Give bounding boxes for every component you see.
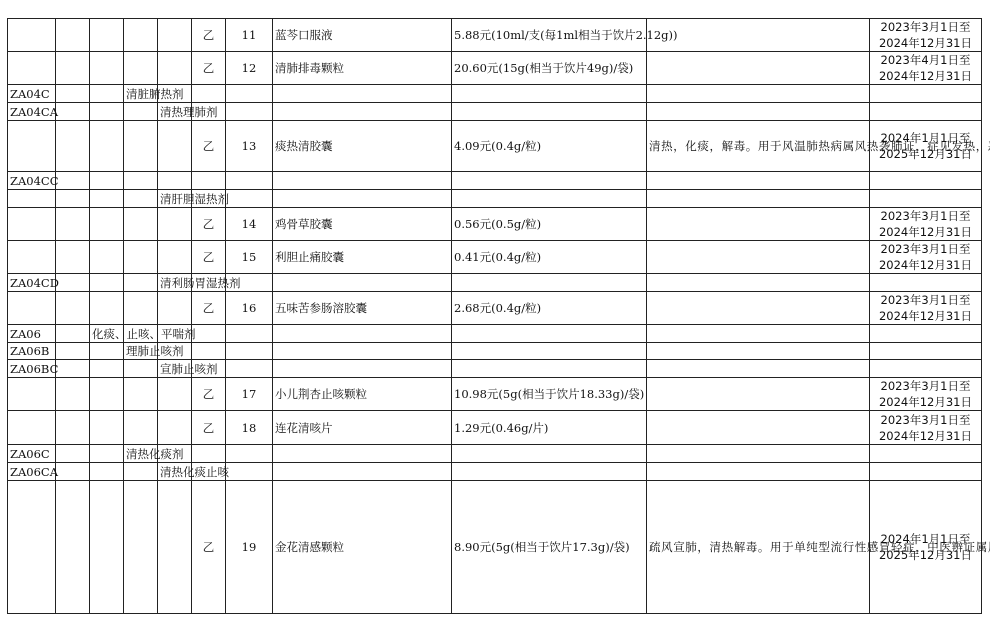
empty-cell	[226, 85, 273, 103]
level-2-cell	[90, 411, 124, 445]
empty-cell	[452, 343, 647, 360]
level-3-cell	[124, 481, 158, 614]
empty-cell	[870, 445, 982, 463]
empty-cell	[56, 190, 90, 208]
number-cell: 13	[226, 121, 273, 172]
category-label: 清肝胆湿热剂	[160, 191, 229, 207]
empty-cell	[226, 172, 273, 190]
validity-start: 2024年1月1日至	[872, 531, 979, 547]
code-cell	[8, 241, 56, 274]
empty-cell	[124, 463, 158, 481]
empty-cell	[124, 190, 158, 208]
drug-name-cell: 五味苦参肠溶胶囊	[273, 292, 452, 325]
validity-end: 2024年12月31日	[872, 428, 979, 444]
remark-cell	[647, 19, 870, 52]
category-code-cell: ZA04CC	[8, 172, 56, 190]
category-row: 清肝胆湿热剂	[8, 190, 982, 208]
level-1-cell	[56, 292, 90, 325]
category-row: ZA04CD清利肠胃湿热剂	[8, 274, 982, 292]
level-2-cell	[90, 292, 124, 325]
empty-cell	[273, 190, 452, 208]
grade-cell: 乙	[192, 19, 226, 52]
price-cell: 10.98元(5g(相当于饮片18.33g)/袋)	[452, 378, 647, 411]
level-4-cell	[158, 19, 192, 52]
category-label: 清利肠胃湿热剂	[160, 275, 241, 291]
remark-cell	[647, 52, 870, 85]
empty-cell	[452, 103, 647, 121]
level-4-cell	[158, 208, 192, 241]
validity-end: 2025年12月31日	[872, 146, 979, 162]
empty-cell	[273, 172, 452, 190]
empty-cell	[870, 85, 982, 103]
empty-cell	[90, 85, 124, 103]
remark-cell: 清热，化痰，解毒。用于风温肺热病属风热袭肺证，症见发热，恶风，咳嗽，咯痰，或咽痛…	[647, 121, 870, 172]
level-3-cell	[124, 52, 158, 85]
price-cell: 0.41元(0.4g/粒)	[452, 241, 647, 274]
empty-cell	[870, 463, 982, 481]
validity-end: 2024年12月31日	[872, 308, 979, 324]
level-1-cell	[56, 481, 90, 614]
code-cell	[8, 19, 56, 52]
empty-cell	[647, 463, 870, 481]
category-label-cell: 化痰、止咳、平喘剂	[90, 325, 124, 343]
category-row: ZA06CA清热化痰止咳	[8, 463, 982, 481]
category-label-cell: 清利肠胃湿热剂	[158, 274, 192, 292]
empty-cell	[647, 85, 870, 103]
category-label: 清热化痰剂	[126, 446, 184, 462]
category-label: 理肺止咳剂	[126, 343, 184, 359]
empty-cell	[192, 172, 226, 190]
validity-start: 2023年3月1日至	[872, 208, 979, 224]
empty-cell	[870, 325, 982, 343]
grade-cell: 乙	[192, 481, 226, 614]
level-1-cell	[56, 411, 90, 445]
grade-cell: 乙	[192, 292, 226, 325]
level-4-cell	[158, 411, 192, 445]
category-row: ZA04CC	[8, 172, 982, 190]
level-1-cell	[56, 208, 90, 241]
empty-cell	[273, 343, 452, 360]
level-3-cell	[124, 19, 158, 52]
category-label: 清脏腑热剂	[126, 86, 184, 102]
validity-cell: 2023年3月1日至2024年12月31日	[870, 411, 982, 445]
empty-cell	[90, 274, 124, 292]
level-3-cell	[124, 208, 158, 241]
validity-start: 2023年3月1日至	[872, 292, 979, 308]
empty-cell	[56, 274, 90, 292]
empty-cell	[226, 463, 273, 481]
empty-cell	[452, 463, 647, 481]
drug-name-cell: 清肺排毒颗粒	[273, 52, 452, 85]
drug-name-cell: 蓝芩口服液	[273, 19, 452, 52]
level-1-cell	[56, 52, 90, 85]
empty-cell	[158, 172, 192, 190]
validity-cell: 2023年3月1日至2024年12月31日	[870, 208, 982, 241]
category-label-cell: 清肝胆湿热剂	[158, 190, 192, 208]
empty-cell	[56, 463, 90, 481]
empty-cell	[226, 190, 273, 208]
category-label-cell: 清热化痰剂	[124, 445, 158, 463]
drug-name-cell: 连花清咳片	[273, 411, 452, 445]
empty-cell	[870, 172, 982, 190]
empty-cell	[452, 274, 647, 292]
drug-row: 乙13痰热清胶囊4.09元(0.4g/粒)清热，化痰，解毒。用于风温肺热病属风热…	[8, 121, 982, 172]
category-label: 清热理肺剂	[160, 104, 218, 120]
drug-name-cell: 鸡骨草胶囊	[273, 208, 452, 241]
empty-cell	[90, 172, 124, 190]
empty-cell	[90, 463, 124, 481]
grade-cell: 乙	[192, 121, 226, 172]
category-code-cell: ZA06C	[8, 445, 56, 463]
empty-cell	[192, 445, 226, 463]
number-cell: 18	[226, 411, 273, 445]
level-1-cell	[56, 378, 90, 411]
drug-row: 乙11蓝芩口服液5.88元(10ml/支(每1ml相当于饮片2.12g))202…	[8, 19, 982, 52]
validity-cell: 2024年1月1日至2025年12月31日	[870, 121, 982, 172]
level-2-cell	[90, 19, 124, 52]
table-body: 乙11蓝芩口服液5.88元(10ml/支(每1ml相当于饮片2.12g))202…	[8, 19, 982, 614]
validity-start: 2023年3月1日至	[872, 241, 979, 257]
remark-cell	[647, 411, 870, 445]
number-cell: 14	[226, 208, 273, 241]
number-cell: 11	[226, 19, 273, 52]
empty-cell	[870, 360, 982, 378]
category-code-cell: ZA06B	[8, 343, 56, 360]
level-2-cell	[90, 378, 124, 411]
level-2-cell	[90, 208, 124, 241]
empty-cell	[647, 274, 870, 292]
empty-cell	[90, 360, 124, 378]
empty-cell	[56, 325, 90, 343]
level-3-cell	[124, 378, 158, 411]
price-cell: 1.29元(0.46g/片)	[452, 411, 647, 445]
empty-cell	[124, 172, 158, 190]
price-cell: 4.09元(0.4g/粒)	[452, 121, 647, 172]
category-code-cell: ZA04CA	[8, 103, 56, 121]
empty-cell	[273, 325, 452, 343]
category-label-cell: 清脏腑热剂	[124, 85, 158, 103]
empty-cell	[452, 325, 647, 343]
empty-cell	[124, 274, 158, 292]
empty-cell	[273, 463, 452, 481]
category-code-cell: ZA06	[8, 325, 56, 343]
price-cell: 0.56元(0.5g/粒)	[452, 208, 647, 241]
empty-cell	[870, 103, 982, 121]
level-1-cell	[56, 241, 90, 274]
empty-cell	[124, 103, 158, 121]
empty-cell	[226, 360, 273, 378]
drug-name-cell: 金花清感颗粒	[273, 481, 452, 614]
grade-cell: 乙	[192, 411, 226, 445]
category-label-cell: 清热理肺剂	[158, 103, 192, 121]
remark-cell	[647, 378, 870, 411]
validity-end: 2024年12月31日	[872, 257, 979, 273]
validity-end: 2024年12月31日	[872, 394, 979, 410]
level-4-cell	[158, 292, 192, 325]
empty-cell	[870, 343, 982, 360]
code-cell	[8, 292, 56, 325]
empty-cell	[226, 445, 273, 463]
empty-cell	[90, 103, 124, 121]
empty-cell	[56, 103, 90, 121]
empty-cell	[647, 343, 870, 360]
empty-cell	[273, 103, 452, 121]
validity-start: 2023年3月1日至	[872, 19, 979, 35]
empty-cell	[647, 445, 870, 463]
drug-row: 乙14鸡骨草胶囊0.56元(0.5g/粒)2023年3月1日至2024年12月3…	[8, 208, 982, 241]
code-cell	[8, 208, 56, 241]
drug-row: 乙16五味苦参肠溶胶囊2.68元(0.4g/粒)2023年3月1日至2024年1…	[8, 292, 982, 325]
level-2-cell	[90, 121, 124, 172]
category-label: 化痰、止咳、平喘剂	[92, 326, 196, 342]
drug-catalog-table: 乙11蓝芩口服液5.88元(10ml/支(每1ml相当于饮片2.12g))202…	[7, 18, 982, 614]
number-cell: 16	[226, 292, 273, 325]
validity-start: 2023年4月1日至	[872, 52, 979, 68]
validity-end: 2024年12月31日	[872, 68, 979, 84]
price-cell: 5.88元(10ml/支(每1ml相当于饮片2.12g))	[452, 19, 647, 52]
empty-cell	[192, 343, 226, 360]
category-label-cell: 宣肺止咳剂	[158, 360, 192, 378]
drug-name-cell: 小儿荆杏止咳颗粒	[273, 378, 452, 411]
validity-start: 2023年3月1日至	[872, 378, 979, 394]
validity-end: 2025年12月31日	[872, 547, 979, 563]
category-code-cell	[8, 190, 56, 208]
empty-cell	[452, 360, 647, 378]
level-4-cell	[158, 481, 192, 614]
empty-cell	[452, 172, 647, 190]
drug-row: 乙18连花清咳片1.29元(0.46g/片)2023年3月1日至2024年12月…	[8, 411, 982, 445]
drug-row: 乙15利胆止痛胶囊0.41元(0.4g/粒)2023年3月1日至2024年12月…	[8, 241, 982, 274]
category-code-cell: ZA06CA	[8, 463, 56, 481]
code-cell	[8, 52, 56, 85]
validity-cell: 2023年3月1日至2024年12月31日	[870, 378, 982, 411]
empty-cell	[192, 85, 226, 103]
grade-cell: 乙	[192, 208, 226, 241]
validity-end: 2024年12月31日	[872, 35, 979, 51]
level-4-cell	[158, 52, 192, 85]
empty-cell	[56, 85, 90, 103]
remark-cell	[647, 241, 870, 274]
category-row: ZA06BC宣肺止咳剂	[8, 360, 982, 378]
empty-cell	[452, 190, 647, 208]
validity-end: 2024年12月31日	[872, 224, 979, 240]
empty-cell	[870, 190, 982, 208]
empty-cell	[273, 85, 452, 103]
price-cell: 2.68元(0.4g/粒)	[452, 292, 647, 325]
empty-cell	[90, 190, 124, 208]
category-code-cell: ZA04CD	[8, 274, 56, 292]
empty-cell	[56, 343, 90, 360]
empty-cell	[647, 103, 870, 121]
category-code-cell: ZA04C	[8, 85, 56, 103]
validity-cell: 2023年3月1日至2024年12月31日	[870, 292, 982, 325]
code-cell	[8, 411, 56, 445]
validity-cell: 2023年4月1日至2024年12月31日	[870, 52, 982, 85]
grade-cell: 乙	[192, 241, 226, 274]
category-label: 清热化痰止咳	[160, 464, 229, 480]
level-1-cell	[56, 19, 90, 52]
level-3-cell	[124, 292, 158, 325]
validity-cell: 2023年3月1日至2024年12月31日	[870, 19, 982, 52]
empty-cell	[124, 360, 158, 378]
grade-cell: 乙	[192, 378, 226, 411]
code-cell	[8, 481, 56, 614]
remark-cell	[647, 292, 870, 325]
validity-start: 2023年3月1日至	[872, 412, 979, 428]
drug-name-cell: 痰热清胶囊	[273, 121, 452, 172]
level-4-cell	[158, 121, 192, 172]
drug-row: 乙17小儿荆杏止咳颗粒10.98元(5g(相当于饮片18.33g)/袋)2023…	[8, 378, 982, 411]
empty-cell	[452, 445, 647, 463]
level-3-cell	[124, 411, 158, 445]
empty-cell	[452, 85, 647, 103]
category-row: ZA06C清热化痰剂	[8, 445, 982, 463]
empty-cell	[56, 172, 90, 190]
code-cell	[8, 121, 56, 172]
price-cell: 20.60元(15g(相当于饮片49g)/袋)	[452, 52, 647, 85]
empty-cell	[226, 343, 273, 360]
empty-cell	[647, 325, 870, 343]
empty-cell	[56, 445, 90, 463]
empty-cell	[273, 445, 452, 463]
remark-cell: 疏风宣肺，清热解毒。用于单纯型流行性感冒轻症，中医辨证属风热犯肺证者，症见发热，…	[647, 481, 870, 614]
level-3-cell	[124, 241, 158, 274]
validity-start: 2024年1月1日至	[872, 130, 979, 146]
drug-row: 乙19金花清感颗粒8.90元(5g(相当于饮片17.3g)/袋)疏风宣肺，清热解…	[8, 481, 982, 614]
category-row: ZA06B理肺止咳剂	[8, 343, 982, 360]
level-4-cell	[158, 241, 192, 274]
category-label-cell: 清热化痰止咳	[158, 463, 192, 481]
empty-cell	[56, 360, 90, 378]
empty-cell	[273, 274, 452, 292]
level-4-cell	[158, 378, 192, 411]
empty-cell	[226, 103, 273, 121]
level-3-cell	[124, 121, 158, 172]
level-2-cell	[90, 481, 124, 614]
level-1-cell	[56, 121, 90, 172]
empty-cell	[870, 274, 982, 292]
remark-cell	[647, 208, 870, 241]
empty-cell	[226, 325, 273, 343]
category-row: ZA06化痰、止咳、平喘剂	[8, 325, 982, 343]
category-label: 宣肺止咳剂	[160, 361, 218, 377]
empty-cell	[647, 190, 870, 208]
empty-cell	[273, 360, 452, 378]
price-cell: 8.90元(5g(相当于饮片17.3g)/袋)	[452, 481, 647, 614]
category-row: ZA04CA清热理肺剂	[8, 103, 982, 121]
validity-cell: 2023年3月1日至2024年12月31日	[870, 241, 982, 274]
code-cell	[8, 378, 56, 411]
category-row: ZA04C清脏腑热剂	[8, 85, 982, 103]
number-cell: 12	[226, 52, 273, 85]
empty-cell	[90, 445, 124, 463]
number-cell: 17	[226, 378, 273, 411]
validity-cell: 2024年1月1日至2025年12月31日	[870, 481, 982, 614]
level-2-cell	[90, 241, 124, 274]
empty-cell	[647, 172, 870, 190]
category-code-cell: ZA06BC	[8, 360, 56, 378]
grade-cell: 乙	[192, 52, 226, 85]
empty-cell	[192, 325, 226, 343]
category-label-cell: 理肺止咳剂	[124, 343, 158, 360]
number-cell: 15	[226, 241, 273, 274]
empty-cell	[647, 360, 870, 378]
drug-row: 乙12清肺排毒颗粒20.60元(15g(相当于饮片49g)/袋)2023年4月1…	[8, 52, 982, 85]
drug-name-cell: 利胆止痛胶囊	[273, 241, 452, 274]
empty-cell	[90, 343, 124, 360]
number-cell: 19	[226, 481, 273, 614]
level-2-cell	[90, 52, 124, 85]
